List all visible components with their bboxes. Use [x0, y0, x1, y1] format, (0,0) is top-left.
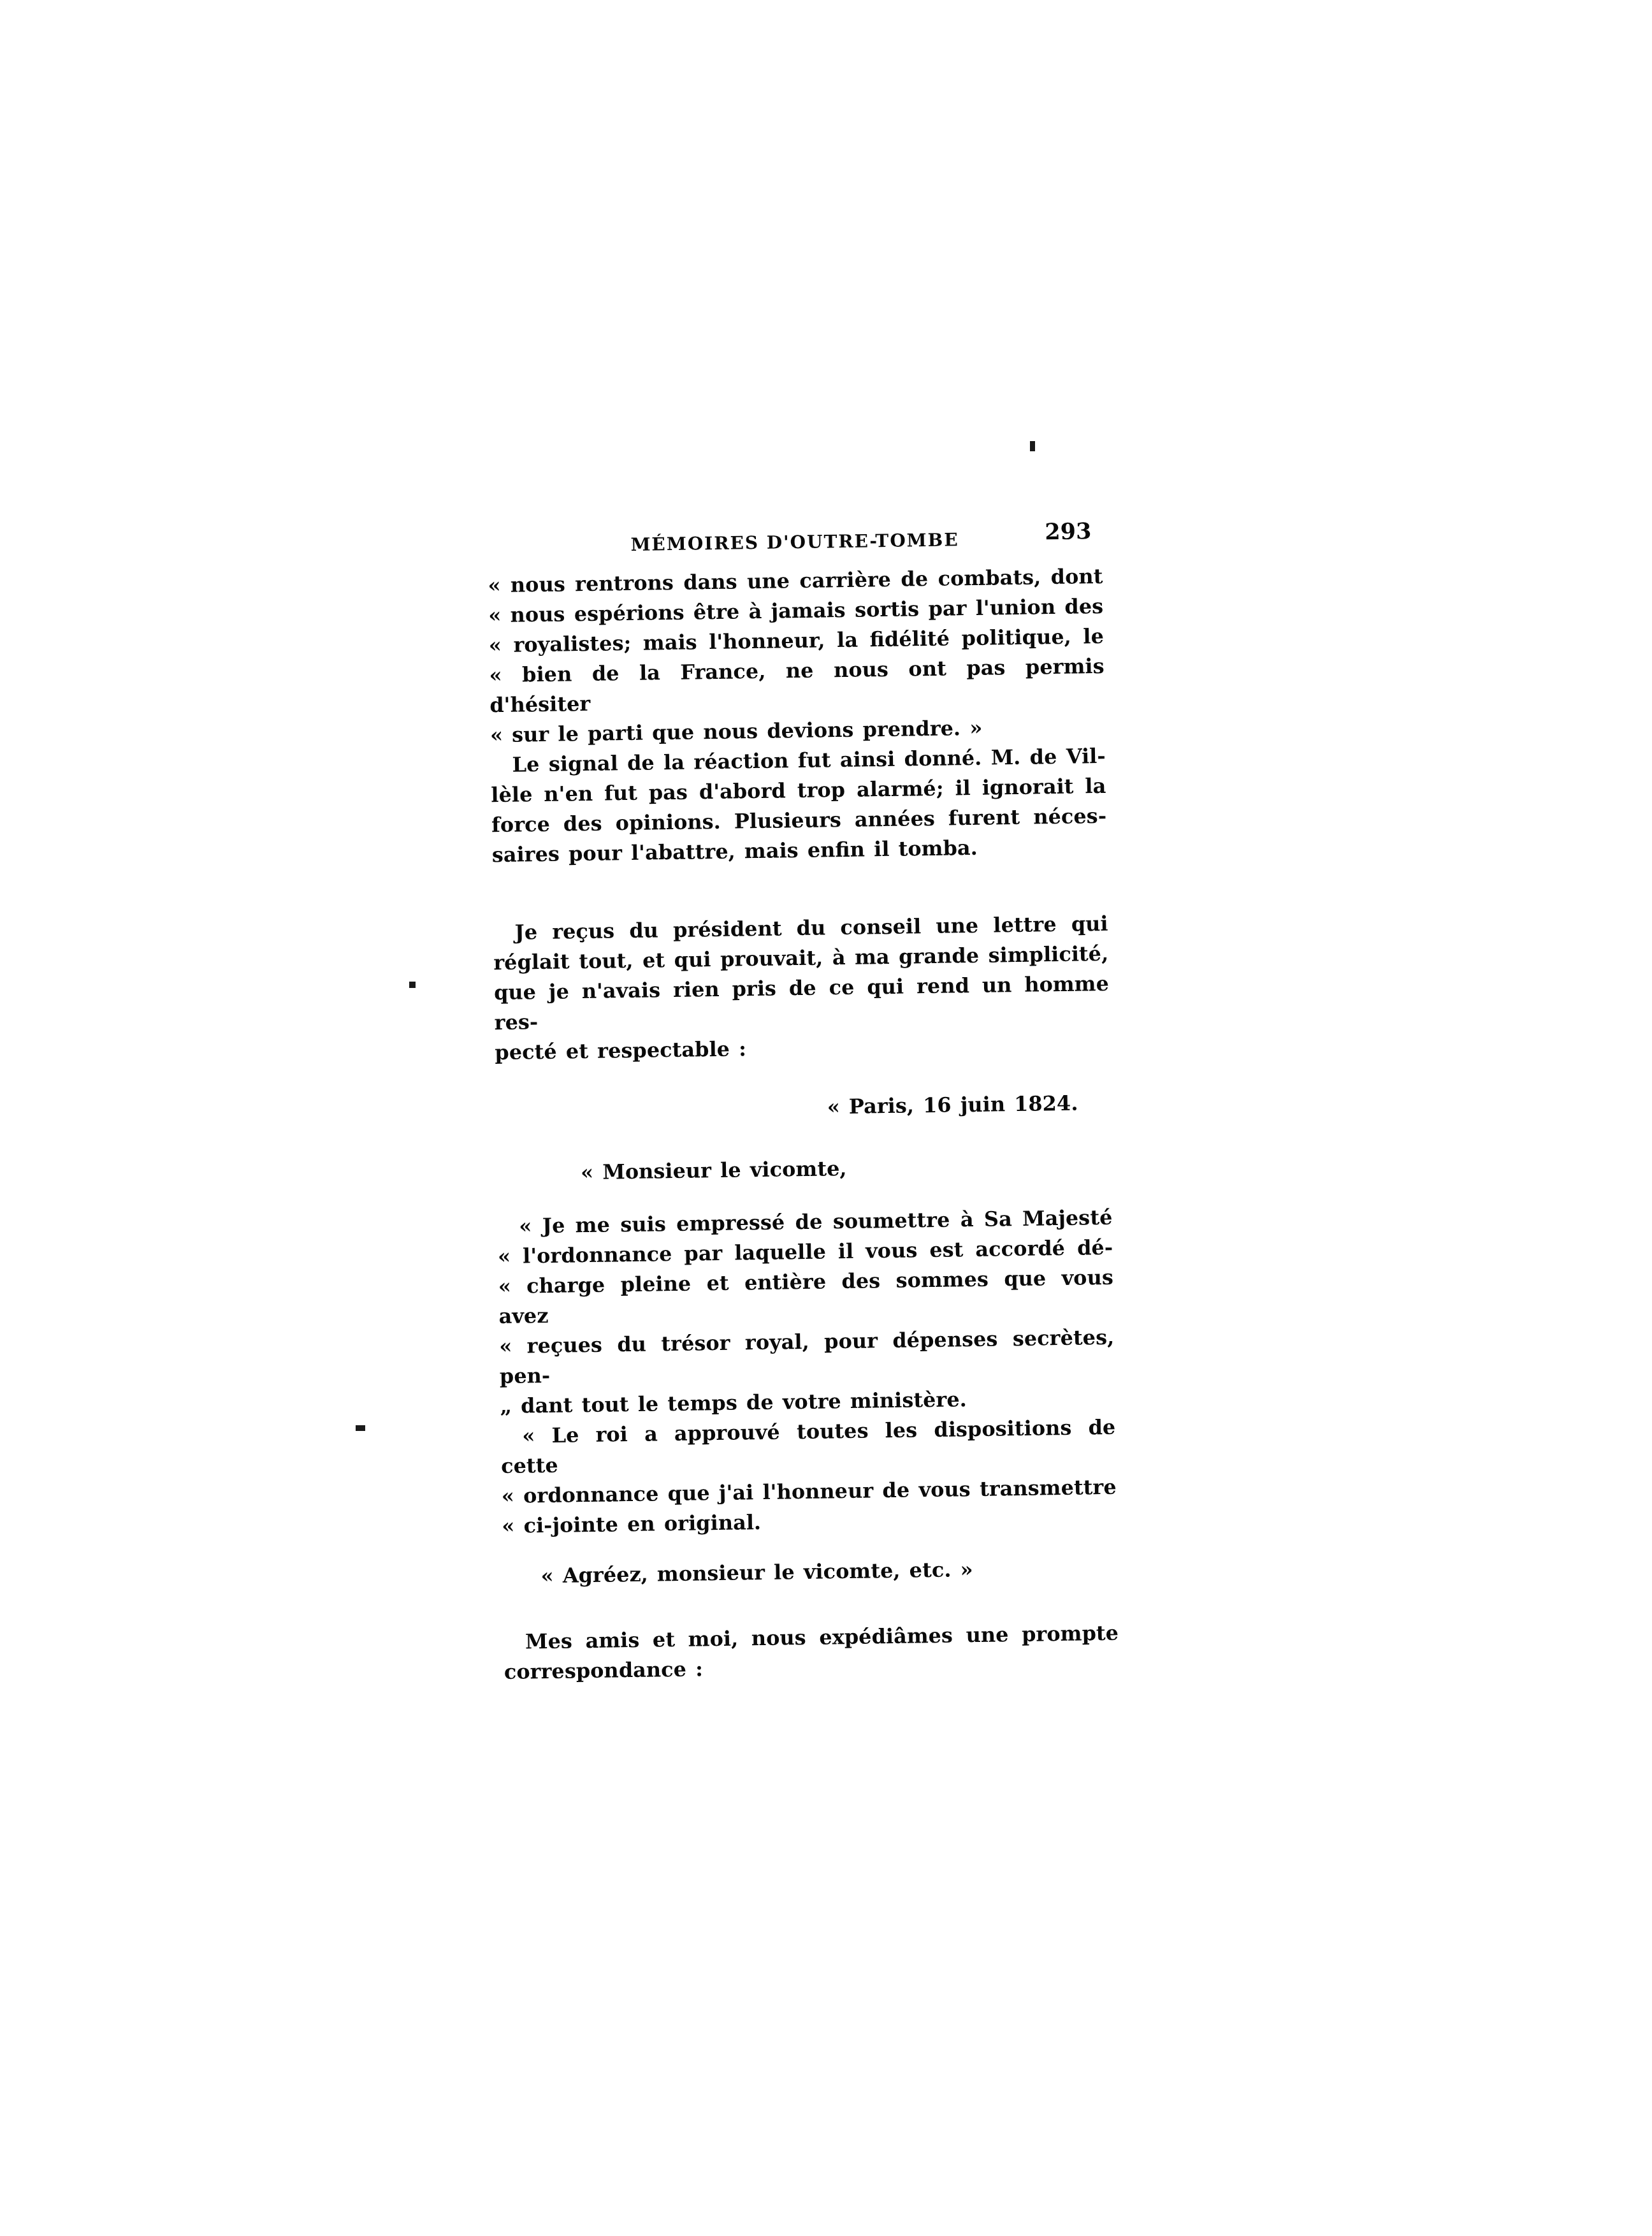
text-line: « bien de la France, ne nous ont pas per…	[489, 651, 1105, 720]
page-header: MÉMOIRES D'OUTRE-TOMBE 293	[487, 523, 1103, 560]
paragraph-letter: « Je me suis empressé de soumettre à Sa …	[497, 1203, 1115, 1421]
paragraph-date: « Paris, 16 juin 1824.	[495, 1088, 1111, 1127]
text-line: que je n'avais rien pris de ce qui rend …	[494, 969, 1110, 1038]
text-line: « Le roi a approuvé toutes les dispositi…	[500, 1412, 1116, 1481]
printed-area: MÉMOIRES D'OUTRE-TOMBE 293 « nous rentro…	[487, 523, 1119, 1687]
paragraph-body-sp: Je reçus du président du conseil une let…	[493, 909, 1110, 1068]
paragraph-final: Mes amis et moi, nous expédiâmes une pro…	[504, 1618, 1119, 1687]
scan-speck	[409, 982, 416, 988]
text-line: « reçues du trésor royal, pour dépenses …	[499, 1323, 1115, 1391]
text-line: « Monsieur le vicomte,	[581, 1150, 1112, 1187]
scan-speck	[1030, 441, 1035, 451]
page-number: 293	[1045, 518, 1092, 545]
scan-speck	[356, 1425, 365, 1431]
text-line: « Agréez, monsieur le vicomte, etc. »	[540, 1553, 1118, 1591]
paragraph-letter2: « Le roi a approuvé toutes les dispositi…	[500, 1412, 1117, 1541]
running-title: MÉMOIRES D'OUTRE-TOMBE	[487, 527, 1102, 557]
book-page: MÉMOIRES D'OUTRE-TOMBE 293 « nous rentro…	[0, 0, 1652, 2236]
paragraph-quote: « nous rentrons dans une carrière de com…	[488, 562, 1105, 750]
paragraph-salut: « Monsieur le vicomte,	[496, 1150, 1112, 1189]
page-text: « nous rentrons dans une carrière de com…	[488, 562, 1119, 1687]
text-line: « Paris, 16 juin 1824.	[827, 1088, 1111, 1122]
paragraph-body: Le signal de la réaction fut ainsi donné…	[490, 741, 1107, 870]
paragraph-close: « Agréez, monsieur le vicomte, etc. »	[502, 1553, 1118, 1592]
text-line: « charge pleine et entière des sommes qu…	[498, 1263, 1114, 1332]
